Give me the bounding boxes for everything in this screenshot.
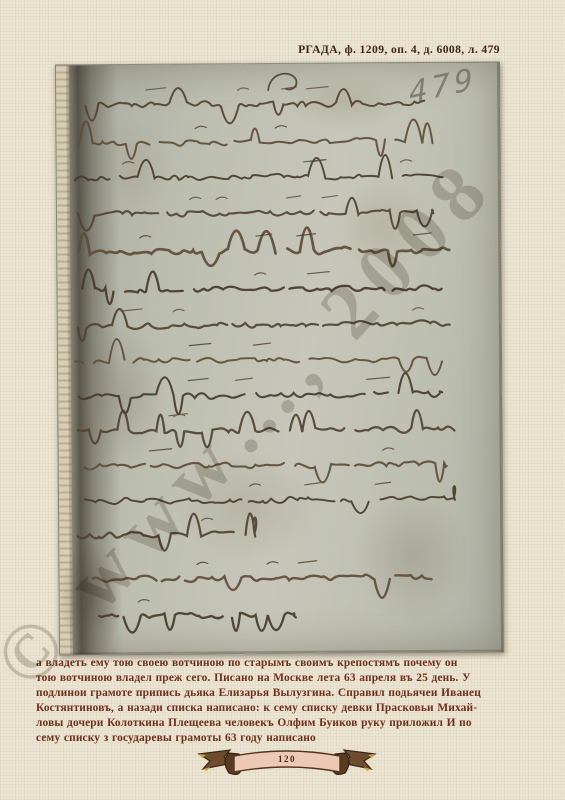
page-number: 120 [278,754,296,764]
manuscript-photo: 479 [55,61,504,655]
transcription-line: тою вотчиною владел преж сего. Писано на… [36,671,536,686]
handwriting [56,62,503,654]
transcription-line: Костянтиновъ, а назади списка написано: … [36,701,536,716]
transcription: а владеть ему тою своею вотчиною по стар… [36,656,536,745]
transcription-line: подлинои грамоте припись дьяка Елизарья … [36,686,536,701]
page-number-ribbon: 120 [196,741,378,785]
transcription-line: ловы дочери Колоткина Плещеева человекъ … [36,716,536,731]
transcription-line: а владеть ему тою своею вотчиною по стар… [36,656,536,671]
archive-reference: РГАДА, ф. 1209, оп. 4, д. 6008, л. 479 [298,43,500,56]
page-background: РГАДА, ф. 1209, оп. 4, д. 6008, л. 479 4… [0,0,565,800]
